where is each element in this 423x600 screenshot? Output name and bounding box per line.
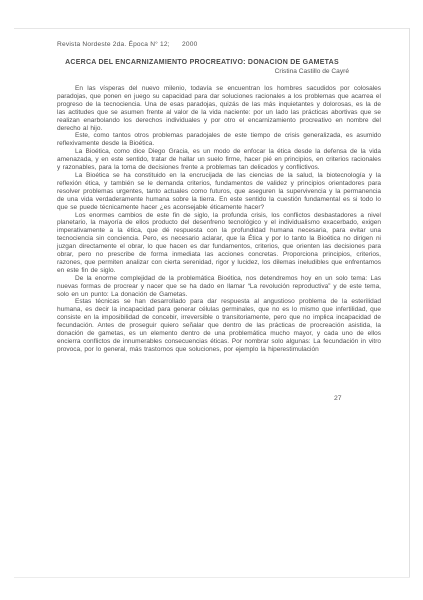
page-number: 27 xyxy=(334,395,342,402)
article-title: ACERCA DEL ENCARNIZAMIENTO PROCREATIVO: … xyxy=(52,59,352,66)
paragraph: Este, como tantos otros problemas parado… xyxy=(57,132,381,148)
paragraph: De la enorme complejidad de la problemát… xyxy=(57,275,381,299)
paragraph: La Bioética, como dice Diego Gracia, es … xyxy=(57,148,381,172)
article-body: En las vísperas del nuevo milenio, todav… xyxy=(57,85,381,354)
scanned-journal-page: Revista Nordeste 2da. Época N° 12; 2000 … xyxy=(0,0,423,600)
scan-edge-bottom xyxy=(14,577,410,578)
journal-header: Revista Nordeste 2da. Época N° 12; 2000 xyxy=(57,41,197,48)
paragraph: Los enormes cambios de este fin de siglo… xyxy=(57,212,381,275)
paragraph: Estas técnicas se han desarrollado para … xyxy=(57,298,381,353)
scan-edge-right xyxy=(409,28,410,577)
scan-edge-top xyxy=(14,28,410,29)
article-author: Cristina Castillo de Cayré xyxy=(57,68,349,75)
paragraph: La Bioética se ha constituido en la encr… xyxy=(57,172,381,212)
paragraph: En las vísperas del nuevo milenio, todav… xyxy=(57,85,381,132)
